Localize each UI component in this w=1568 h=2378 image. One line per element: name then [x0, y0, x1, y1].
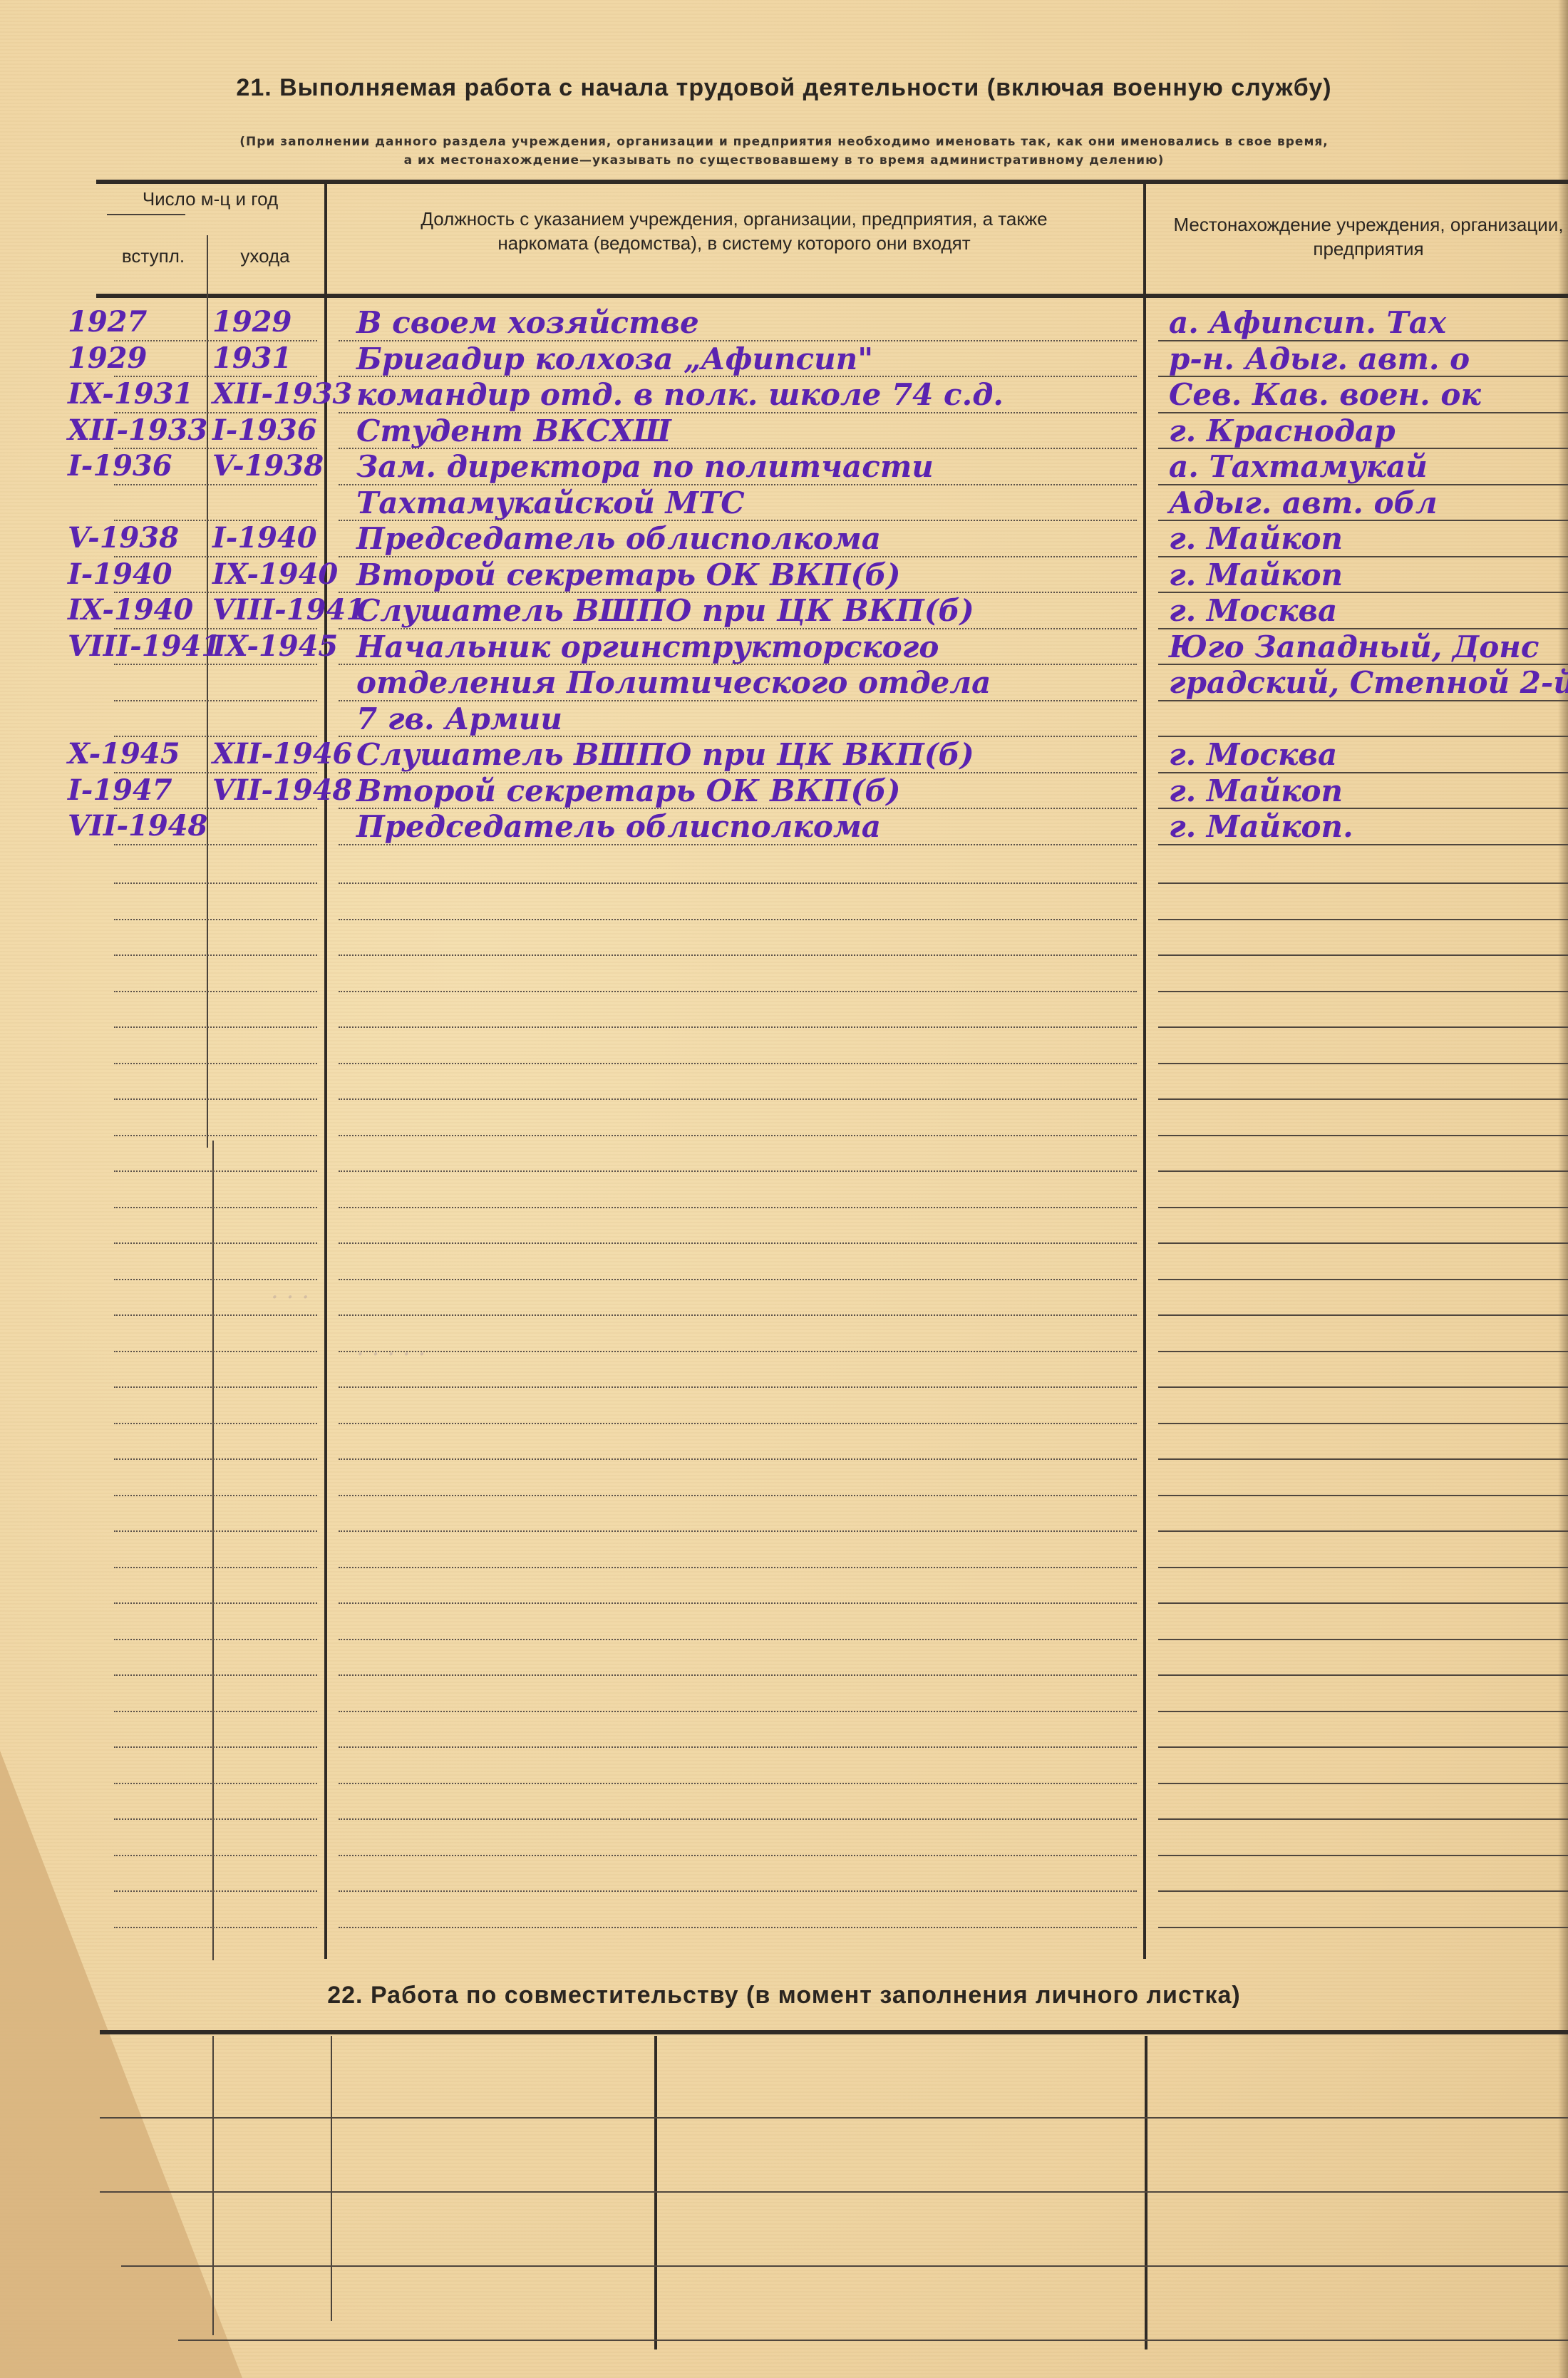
- row-rule-empty: [1158, 1135, 1568, 1138]
- cell-location: Адыг. авт. обл: [1169, 485, 1438, 520]
- header-date-underline: [107, 214, 185, 215]
- cell-date-out: XII-1933: [212, 377, 352, 411]
- row-rule-empty: [339, 1170, 1137, 1173]
- row-rule-empty: [339, 1530, 1137, 1533]
- header-location: Местонахождение учреждения, организации,…: [1169, 212, 1568, 261]
- row-rule-empty: [339, 1135, 1137, 1138]
- cell-date-out: 1931: [212, 341, 292, 375]
- row-rule-empty: [1158, 1170, 1568, 1173]
- position-column-left-border: [324, 184, 327, 1959]
- cell-position: Бригадир колхоза „Афипсип": [356, 341, 873, 376]
- cell-date-out: XII-1946: [212, 737, 352, 771]
- row-rule: [114, 700, 317, 703]
- cell-date-in: VII-1948: [68, 809, 207, 843]
- row-rule-empty: [114, 1207, 317, 1210]
- row-rule-empty: [1158, 991, 1568, 994]
- row-rule: [114, 664, 317, 666]
- row-rule-empty: [339, 1890, 1137, 1893]
- row-rule-empty: [339, 1746, 1137, 1749]
- cell-position: Начальник оргинструкторского: [356, 629, 939, 664]
- row-rule-empty: [114, 991, 317, 994]
- row-rule-empty: [339, 1242, 1137, 1245]
- cell-position: Зам. директора по политчасти: [356, 449, 934, 484]
- cell-position: Второй секретарь ОК ВКП(б): [356, 557, 901, 592]
- torn-page-corner: [0, 1751, 242, 2378]
- cell-position: Второй секретарь ОК ВКП(б): [356, 773, 901, 808]
- cell-date-in: IX-1940: [68, 593, 193, 627]
- cell-date-in: I-1947: [68, 773, 172, 807]
- row-rule-empty: [339, 1927, 1137, 1930]
- row-rule-empty: [339, 1207, 1137, 1210]
- cell-location: Юго Западный, Донс: [1169, 629, 1539, 664]
- bleed-through-mark: · · · · ·: [356, 1340, 425, 1369]
- row-rule-empty: [339, 1423, 1137, 1426]
- row-rule-empty: [1158, 1783, 1568, 1786]
- row-rule-empty: [114, 1818, 317, 1821]
- row-rule-empty: [339, 1711, 1137, 1714]
- row-rule-empty: [339, 1818, 1137, 1821]
- row-rule-empty: [114, 1314, 317, 1317]
- row-rule-empty: [1158, 919, 1568, 922]
- table-top-rule: [96, 180, 1568, 184]
- header-date-group: Число м-ц и год: [96, 187, 324, 211]
- s22-divider-1: [212, 2036, 214, 2335]
- cell-date-in: XII-1933: [68, 413, 207, 447]
- row-rule-empty: [114, 1855, 317, 1858]
- cell-location: градский, Степной 2-й У: [1169, 665, 1568, 700]
- row-rule-empty: [1158, 1207, 1568, 1210]
- cell-position: 7 гв. Армии: [356, 701, 562, 736]
- row-rule-empty: [114, 1279, 317, 1282]
- row-rule-empty: [114, 919, 317, 922]
- bleed-through-mark: · · ·: [271, 1283, 309, 1312]
- cell-date-out: IX-1945: [212, 629, 338, 663]
- row-rule-empty: [1158, 882, 1568, 885]
- row-rule-empty: [1158, 1098, 1568, 1101]
- row-rule-empty: [339, 1855, 1137, 1858]
- row-rule-empty: [339, 1386, 1137, 1389]
- cell-date-out: I-1940: [212, 521, 317, 555]
- row-rule-empty: [1158, 1026, 1568, 1029]
- row-rule-empty: [114, 1674, 317, 1677]
- row-rule-empty: [1158, 1818, 1568, 1821]
- cell-position: Тахтамукайской МТС: [356, 485, 745, 520]
- location-column-left-border: [1143, 184, 1146, 1959]
- row-rule-empty: [339, 1783, 1137, 1786]
- row-rule-empty: [1158, 1279, 1568, 1282]
- row-rule: [339, 844, 1137, 847]
- row-rule-empty: [1158, 1063, 1568, 1066]
- cell-position: Председатель облисполкома: [356, 809, 881, 844]
- cell-date-out: VII-1948: [212, 773, 352, 807]
- cell-location: г. Москва: [1169, 593, 1337, 628]
- cell-date-out: 1929: [212, 305, 292, 339]
- header-bottom-rule: [96, 294, 1568, 298]
- row-rule-empty: [114, 1783, 317, 1786]
- row-rule-empty: [1158, 1567, 1568, 1570]
- cell-position: Председатель облисполкома: [356, 521, 881, 556]
- page-edge-shadow: [1558, 0, 1568, 2378]
- row-rule-empty: [1158, 1314, 1568, 1317]
- cell-location: г. Майкоп.: [1169, 809, 1353, 844]
- s22-line-1: [100, 2117, 1568, 2120]
- row-rule-empty: [114, 1063, 317, 1066]
- s22-line-3: [121, 2265, 1568, 2268]
- row-rule-empty: [114, 1495, 317, 1498]
- row-rule-empty: [114, 1567, 317, 1570]
- row-rule-empty: [339, 1314, 1137, 1317]
- row-rule-empty: [339, 954, 1137, 957]
- row-rule-empty: [1158, 1423, 1568, 1426]
- cell-location: р-н. Адыг. авт. о: [1169, 341, 1470, 376]
- row-rule-empty: [114, 1927, 317, 1930]
- row-rule-empty: [1158, 1674, 1568, 1677]
- row-rule-empty: [339, 882, 1137, 885]
- row-rule-empty: [1158, 1711, 1568, 1714]
- row-rule-empty: [114, 1351, 317, 1354]
- section-22-title: 22. Работа по совместительству (в момент…: [0, 1982, 1568, 2009]
- cell-date-out: IX-1940: [212, 557, 338, 591]
- cell-date-in: IX-1931: [68, 377, 193, 411]
- row-rule-empty: [114, 1890, 317, 1893]
- row-rule-empty: [114, 1135, 317, 1138]
- row-rule-empty: [1158, 1530, 1568, 1533]
- row-rule-empty: [1158, 1242, 1568, 1245]
- row-rule-empty: [1158, 1746, 1568, 1749]
- cell-location: а. Афипсип. Тах: [1169, 305, 1446, 340]
- cell-location: г. Майкоп: [1169, 773, 1343, 808]
- section-21-title: 21. Выполняемая работа с начала трудовой…: [0, 74, 1568, 102]
- row-rule-empty: [339, 1567, 1137, 1570]
- row-rule-empty: [339, 1495, 1137, 1498]
- row-rule-empty: [114, 1242, 317, 1245]
- s22-line-2: [100, 2191, 1568, 2194]
- row-rule-empty: [114, 1386, 317, 1389]
- cell-date-in: I-1936: [68, 449, 172, 483]
- instructions-line-2: а их местонахождение—указывать по сущест…: [0, 151, 1568, 170]
- row-rule-empty: [114, 1458, 317, 1461]
- row-rule: [1158, 844, 1568, 847]
- row-rule-empty: [114, 1098, 317, 1101]
- row-rule-empty: [339, 1639, 1137, 1642]
- cell-position: Слушатель ВШПО при ЦК ВКП(б): [356, 593, 974, 628]
- cell-date-in: 1927: [68, 305, 147, 339]
- row-rule-empty: [114, 1423, 317, 1426]
- cell-location: Сев. Кав. воен. ок: [1169, 377, 1481, 412]
- row-rule-empty: [114, 1530, 317, 1533]
- row-rule-empty: [339, 919, 1137, 922]
- row-rule-empty: [1158, 1386, 1568, 1389]
- row-rule-empty: [339, 1458, 1137, 1461]
- row-rule-empty: [339, 1351, 1137, 1354]
- section-21-instructions: (При заполнении данного раздела учрежден…: [0, 133, 1568, 170]
- row-rule: [114, 484, 317, 487]
- cell-date-out: V-1938: [212, 449, 324, 483]
- row-rule: [114, 844, 317, 847]
- row-rule-empty: [1158, 1890, 1568, 1893]
- section-22-top-rule: [100, 2030, 1568, 2034]
- cell-date-in: X-1945: [68, 737, 180, 771]
- row-rule-empty: [114, 1639, 317, 1642]
- cell-date-out: I-1936: [212, 413, 317, 447]
- row-rule-empty: [1158, 1351, 1568, 1354]
- row-rule-empty: [114, 1026, 317, 1029]
- header-position: Должность с указанием учреждения, органи…: [378, 207, 1090, 255]
- cell-position: командир отд. в полк. школе 74 с.д.: [356, 377, 1004, 412]
- row-rule-empty: [114, 1746, 317, 1749]
- row-rule-empty: [114, 1711, 317, 1714]
- cell-location: г. Москва: [1169, 737, 1337, 772]
- row-rule-empty: [339, 1026, 1137, 1029]
- date-column-divider-lower: [212, 1141, 214, 1960]
- row-rule-empty: [1158, 1495, 1568, 1498]
- row-rule-empty: [114, 1170, 317, 1173]
- row-rule-empty: [114, 882, 317, 885]
- row-rule-empty: [339, 1279, 1137, 1282]
- row-rule-empty: [114, 1602, 317, 1605]
- s22-divider-2: [331, 2036, 332, 2321]
- row-rule-empty: [114, 954, 317, 957]
- cell-location: г. Краснодар: [1169, 413, 1396, 448]
- cell-position: отделения Политического отдела: [356, 665, 991, 700]
- cell-location: г. Майкоп: [1169, 557, 1343, 592]
- cell-date-in: 1929: [68, 341, 147, 375]
- cell-location: г. Майкоп: [1169, 521, 1343, 556]
- cell-date-out: VIII-1941: [212, 593, 366, 627]
- row-rule-empty: [1158, 1927, 1568, 1930]
- row-rule-empty: [339, 1063, 1137, 1066]
- header-date-out: ухода: [208, 244, 322, 268]
- cell-date-in: VIII-1941: [68, 629, 221, 663]
- row-rule: [1158, 700, 1568, 703]
- cell-position: В своем хозяйстве: [356, 305, 699, 340]
- row-rule-empty: [1158, 1855, 1568, 1858]
- row-rule-empty: [1158, 954, 1568, 957]
- cell-date-in: I-1940: [68, 557, 172, 591]
- row-rule-empty: [1158, 1458, 1568, 1461]
- cell-position: Студент ВКСХШ: [356, 413, 671, 448]
- s22-line-4: [178, 2340, 1568, 2342]
- row-rule-empty: [339, 991, 1137, 994]
- cell-location: а. Тахтамукай: [1169, 449, 1428, 484]
- instructions-line-1: (При заполнении данного раздела учрежден…: [0, 133, 1568, 151]
- cell-date-in: V-1938: [68, 521, 179, 555]
- row-rule-empty: [339, 1674, 1137, 1677]
- row-rule-empty: [1158, 1602, 1568, 1605]
- row-rule-empty: [339, 1602, 1137, 1605]
- row-rule-empty: [339, 1098, 1137, 1101]
- row-rule-empty: [1158, 1639, 1568, 1642]
- header-date-in: вступл.: [100, 244, 207, 268]
- cell-position: Слушатель ВШПО при ЦК ВКП(б): [356, 737, 974, 772]
- date-column-divider: [207, 235, 208, 1148]
